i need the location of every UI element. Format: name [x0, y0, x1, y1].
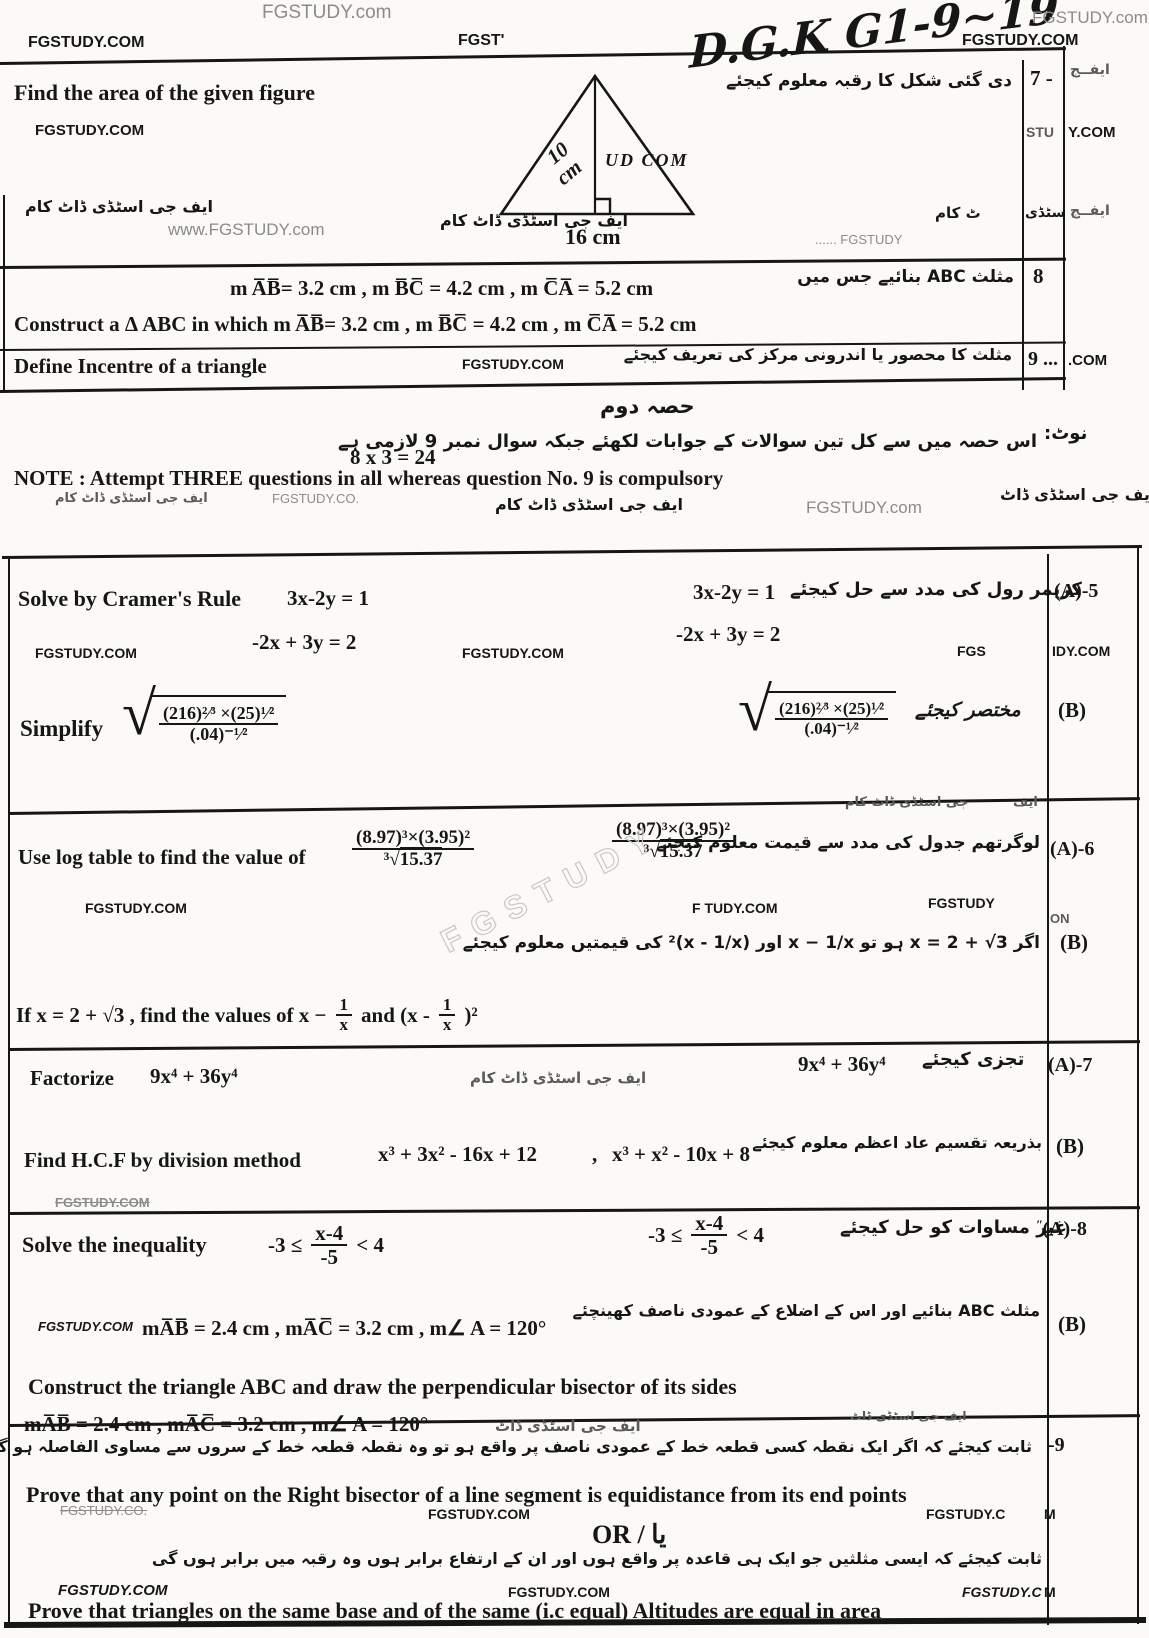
question-8a-number: ʺ(A)-8	[1036, 1218, 1087, 1241]
watermark-fgstudy-struck: FGSTUDY.COM	[55, 1196, 150, 1211]
watermark-fgstudy-q9: FGSTUDY.COM	[462, 356, 564, 372]
question-5b-radical-right: √(216)²⁄³ ×(25)¹⁄²(.04)⁻¹⁄²	[738, 682, 896, 740]
question-7-number: 7 -	[1030, 66, 1053, 90]
question-8b-text-ur: مثلث ABC بنائیے اور اس کے اضلاع کے عمودی…	[608, 1302, 1040, 1320]
q6b-en-suffix: )²	[464, 1003, 477, 1027]
watermark-urdu-strip-left: ایف جی اسٹڈی ڈاٹ کام	[55, 492, 208, 507]
watermark-urdu-strip-center: ایف جی اسٹڈی ڈاٹ کام	[495, 496, 683, 514]
watermark-fgstudy-top-right: FGSTUDY.com	[1032, 8, 1148, 28]
watermark-fgstudy-q5-left: FGSTUDY.COM	[35, 645, 137, 661]
question-8a-inequality-right: -3 ≤ x-4-5 < 4	[648, 1212, 764, 1258]
watermark-urdu-strip-far-right: ایف جی اسٹڈی ڈاٹ	[1000, 486, 1149, 504]
question-6a-label: Use log table to find the value of	[18, 845, 306, 869]
question-5b-number: (B)	[1058, 698, 1086, 722]
table1-bottom-border	[0, 377, 1066, 393]
watermark-m-fragment-2: M	[1044, 1584, 1056, 1600]
question-7a-label: Factorize	[30, 1066, 114, 1090]
watermark-urdu-q7a-center: ایف جی اسٹڈی ڈاٹ کام	[470, 1070, 646, 1087]
watermark-ftudy-fragment: F TUDY.COM	[692, 900, 778, 916]
question-9-text-en: Define Incentre of a triangle	[14, 354, 267, 378]
question-7a-number: (A)-7	[1048, 1054, 1092, 1077]
question-5a-eq1-left: 3x-2y = 1	[287, 586, 369, 610]
watermark-on-fragment: ON	[1050, 912, 1070, 927]
watermark-urdu-tkam: ٹ کام	[935, 205, 981, 222]
triangle-outline	[501, 76, 693, 214]
table2-divider-q5-q6	[8, 797, 1140, 815]
question-9-or-label: OR / یا	[592, 1520, 666, 1550]
section-note-en: NOTE : Attempt THREE questions in all wh…	[14, 466, 723, 490]
watermark-stu-fragment: STU	[1026, 124, 1054, 140]
question-6a-number: (A)-6	[1050, 838, 1094, 861]
question-8-construct-line: Construct a Δ ABC in which m A̅B̅= 3.2 c…	[14, 312, 697, 336]
question-8a-inequality-left: -3 ≤ x-4-5 < 4	[268, 1222, 384, 1268]
question-8a-label: Solve the inequality	[22, 1232, 207, 1257]
question-7b-label: Find H.C.F by division method	[24, 1148, 301, 1172]
question-6b-text-ur: اگر x = 2 + √3 ہو تو x − 1/x اور (x - 1/…	[600, 934, 1040, 954]
watermark-fgstudy-top-left: FGSTUDY.com	[262, 2, 392, 24]
question-7b-expression-1: x³ + 3x² - 16x + 12	[378, 1142, 537, 1166]
inequality-right-bound: < 4	[736, 1223, 764, 1247]
table2-number-column-line	[1047, 554, 1049, 1625]
question-5b-label: Simplify	[20, 716, 103, 742]
question-8b-construct-line: Construct the triangle ABC and draw the …	[28, 1374, 737, 1399]
question-9-text-ur: مثلث کا محصور یا اندرونی مرکز کی تعریف ک…	[728, 346, 1012, 364]
question-8-measures-line1: m A̅B̅= 3.2 cm , m B̅C̅ = 4.2 cm , m C̅A…	[230, 276, 653, 300]
question-7a-text-ur: تجزی کیجئے	[922, 1050, 1024, 1071]
question-9-main-number: -9	[1048, 1434, 1065, 1457]
table2-left-border	[8, 557, 10, 1625]
q6b-en-prefix: If x = 2 + √3 , find the values of x −	[16, 1003, 327, 1027]
question-5a-number: (A)-5	[1054, 580, 1098, 603]
watermark-idy-fragment: IDY.COM	[1052, 643, 1110, 659]
question-9-statement-ur-2: ثابت کیجئے کہ ایسی مثلثیں جو ایک ہی قاعد…	[438, 1550, 1042, 1568]
inline-frac-num: 1	[336, 996, 353, 1016]
question-5a-eq2-right: -2x + 3y = 2	[676, 622, 780, 646]
question-8a-text-ur: غیر مساوات کو حل کیجئے	[840, 1218, 1067, 1239]
question-6a-fraction-left: (8.97)³×(3.95)²³√15.37	[352, 828, 474, 870]
question-6b-number: (B)	[1060, 930, 1088, 954]
inline-frac-den: x	[439, 1016, 456, 1034]
inequality-right-bound: < 4	[356, 1233, 384, 1257]
watermark-urdu-stdy: سٹڈی	[1025, 205, 1065, 221]
question-8-text-ur: مثلث ABC بنائیے جس میں	[822, 268, 1014, 288]
radicand-denominator: (.04)⁻¹⁄²	[186, 725, 252, 744]
question-7a-expression-left: 9x⁴ + 36y⁴	[150, 1064, 238, 1088]
question-9-statement-en-1: Prove that any point on the Right bisect…	[26, 1482, 907, 1507]
q6b-en-middle: and (x -	[361, 1003, 430, 1027]
question-5a-eq2-left: -2x + 3y = 2	[252, 630, 356, 654]
question-8-number: 8	[1033, 264, 1044, 288]
question-7-text-ur: دی گئی شکل کا رقبہ معلوم کیجئے	[790, 72, 1012, 92]
question-5a-label: Solve by Cramer's Rule	[18, 586, 241, 611]
inequality-frac-den: -5	[697, 1236, 723, 1258]
question-6b-text-en: If x = 2 + √3 , find the values of x − 1…	[16, 996, 478, 1034]
inequality-frac-num: x-4	[311, 1222, 347, 1246]
watermark-www-fgstudy: www.FGSTUDY.com	[168, 220, 325, 240]
table1-number-column-line	[1022, 60, 1024, 390]
question-6a-text-ur: لوگرتھم جدول کی مدد سے قیمت معلوم کیجئے	[748, 834, 1040, 854]
question-8b-measures-line2: mA̅B̅ = 2.4 cm , mA̅C̅ = 3.2 cm , m∠ A =…	[24, 1412, 428, 1436]
inequality-frac-num: x-4	[691, 1212, 727, 1236]
question-7a-expression-right: 9x⁴ + 36y⁴	[798, 1052, 886, 1076]
watermark-urdu-q8b: ایف جی اسٹڈی ڈاٹ	[495, 1418, 641, 1435]
scanned-exam-page: FGSTUDY.com D.G.K G1-9∼19 FGSTUDY.com FG…	[0, 0, 1149, 1638]
watermark-fgstudy-co-partial: FGSTUDY.CO.	[272, 492, 359, 507]
inequality-left-bound: -3 ≤	[648, 1223, 682, 1247]
question-8b-measures-line1: mA̅B̅ = 2.4 cm , mA̅C̅ = 3.2 cm , m∠ A =…	[142, 1316, 546, 1340]
question-9-statement-en-2: Prove that triangles on the same base an…	[28, 1598, 881, 1623]
radicand-numerator: (216)²⁄³ ×(25)¹⁄²	[775, 700, 888, 720]
watermark-dots-fgstudy: ...... FGSTUDY	[815, 233, 902, 248]
watermark-fgstudy-q5-center: FGSTUDY.COM	[462, 645, 564, 661]
inline-frac-num: 1	[439, 996, 456, 1016]
radicand-denominator: (.04)⁻¹⁄²	[800, 720, 863, 738]
table2-top-border	[2, 545, 1142, 559]
inline-frac-den: x	[336, 1016, 353, 1034]
watermark-fgstudyc-fragment-2: FGSTUDY.C	[962, 1584, 1042, 1600]
cube-root-sign: ³√	[384, 849, 400, 870]
watermark-fgstudy-strip-right: FGSTUDY.com	[806, 498, 922, 518]
section-note-label-ur: نوٹ:	[1044, 424, 1087, 445]
radicand-numerator: (216)²⁄³ ×(25)¹⁄²	[159, 704, 278, 725]
watermark-fgstudy-q9-center: FGSTUDY.COM	[428, 1506, 530, 1522]
watermark-urdu-left: ایف جی اسٹڈی ڈاٹ کام	[25, 198, 213, 216]
inequality-left-bound: -3 ≤	[268, 1233, 302, 1257]
watermark-ycom-fragment: Y.COM	[1068, 124, 1116, 141]
watermark-fgstudy-q6-left: FGSTUDY.COM	[85, 900, 187, 916]
question-5a-text-ur: کریمر رول کی مدد سے حل کیجئے	[790, 580, 1082, 601]
question-5a-eq1-right: 3x-2y = 1	[693, 580, 775, 604]
watermark-fgstudy-q8b: FGSTUDY.COM	[38, 1320, 133, 1335]
cube-root-radicand: 15.37	[400, 847, 443, 870]
question-8b-number: (B)	[1058, 1312, 1086, 1336]
watermark-fgstudy-bold-center: FGST'	[458, 32, 504, 50]
question-5b-text-ur: مختصر کیجئے	[915, 700, 1021, 722]
watermark-urdu-right-edge-2: ایفــج	[1070, 203, 1110, 219]
watermark-fgstudy-q9-left: FGSTUDY.CO.	[60, 1504, 147, 1519]
watermark-urdu-right-edge-1: ایفــج	[1070, 62, 1110, 78]
watermark-urdu-ef: ایف	[1013, 796, 1038, 811]
watermark-urdu-center: ایف جی اسٹڈی ڈاٹ کام	[440, 212, 628, 230]
watermark-urdu-noise-right: ایف جی اسٹڈی ڈاٹ	[850, 1410, 967, 1424]
section-note-ur: اس حصہ میں سے کل تین سوالات کے جوابات لک…	[545, 432, 1037, 453]
table1-left-border	[3, 195, 5, 390]
watermark-com-fragment: .COM	[1068, 352, 1107, 369]
watermark-fgstudy-q7: FGSTUDY.COM	[35, 122, 144, 139]
watermark-fgstudyc-fragment-1: FGSTUDY.C	[926, 1506, 1005, 1522]
watermark-fgstudy-fragment: FGSTUDY	[928, 895, 995, 911]
question-5b-radical-left: √(216)²⁄³ ×(25)¹⁄²(.04)⁻¹⁄²	[122, 686, 286, 746]
watermark-fgs-fragment: FGS	[957, 643, 986, 659]
question-9-statement-ur-1: ثابت کیجئے کہ اگر ایک نقطہ کسی قطعہ خط ک…	[318, 1438, 1032, 1456]
watermark-inside-triangle: UD COM	[605, 150, 689, 170]
question-8a-number-text: (A)-8	[1042, 1218, 1086, 1240]
watermark-fgstudy-bold-left: FGSTUDY.COM	[28, 34, 144, 52]
question-7-text-en: Find the area of the given figure	[14, 80, 315, 105]
table2-divider-q7-q8	[8, 1206, 1140, 1215]
inequality-frac-den: -5	[317, 1246, 343, 1268]
question-7b-separator: ,	[592, 1142, 597, 1166]
table2-right-border	[1137, 548, 1139, 1624]
question-9-number: 9 ...	[1028, 348, 1058, 371]
watermark-m-fragment-1: M	[1044, 1506, 1056, 1522]
question-7b-expression-2: x³ + x² - 10x + 8	[612, 1142, 750, 1166]
watermark-fgstudy-bottom-left: FGSTUDY.COM	[58, 1582, 167, 1599]
question-7b-number: (B)	[1056, 1134, 1084, 1158]
altitude-label: 10 cm	[537, 134, 591, 190]
watermark-urdu-divider: جی اسٹڈی ڈاٹ کام	[845, 796, 968, 811]
section-heading-part-two: حصہ دوم	[600, 394, 695, 418]
question-7b-text-ur: بذریعہ تقسیم عاد اعظم معلوم کیجئے	[820, 1134, 1042, 1152]
